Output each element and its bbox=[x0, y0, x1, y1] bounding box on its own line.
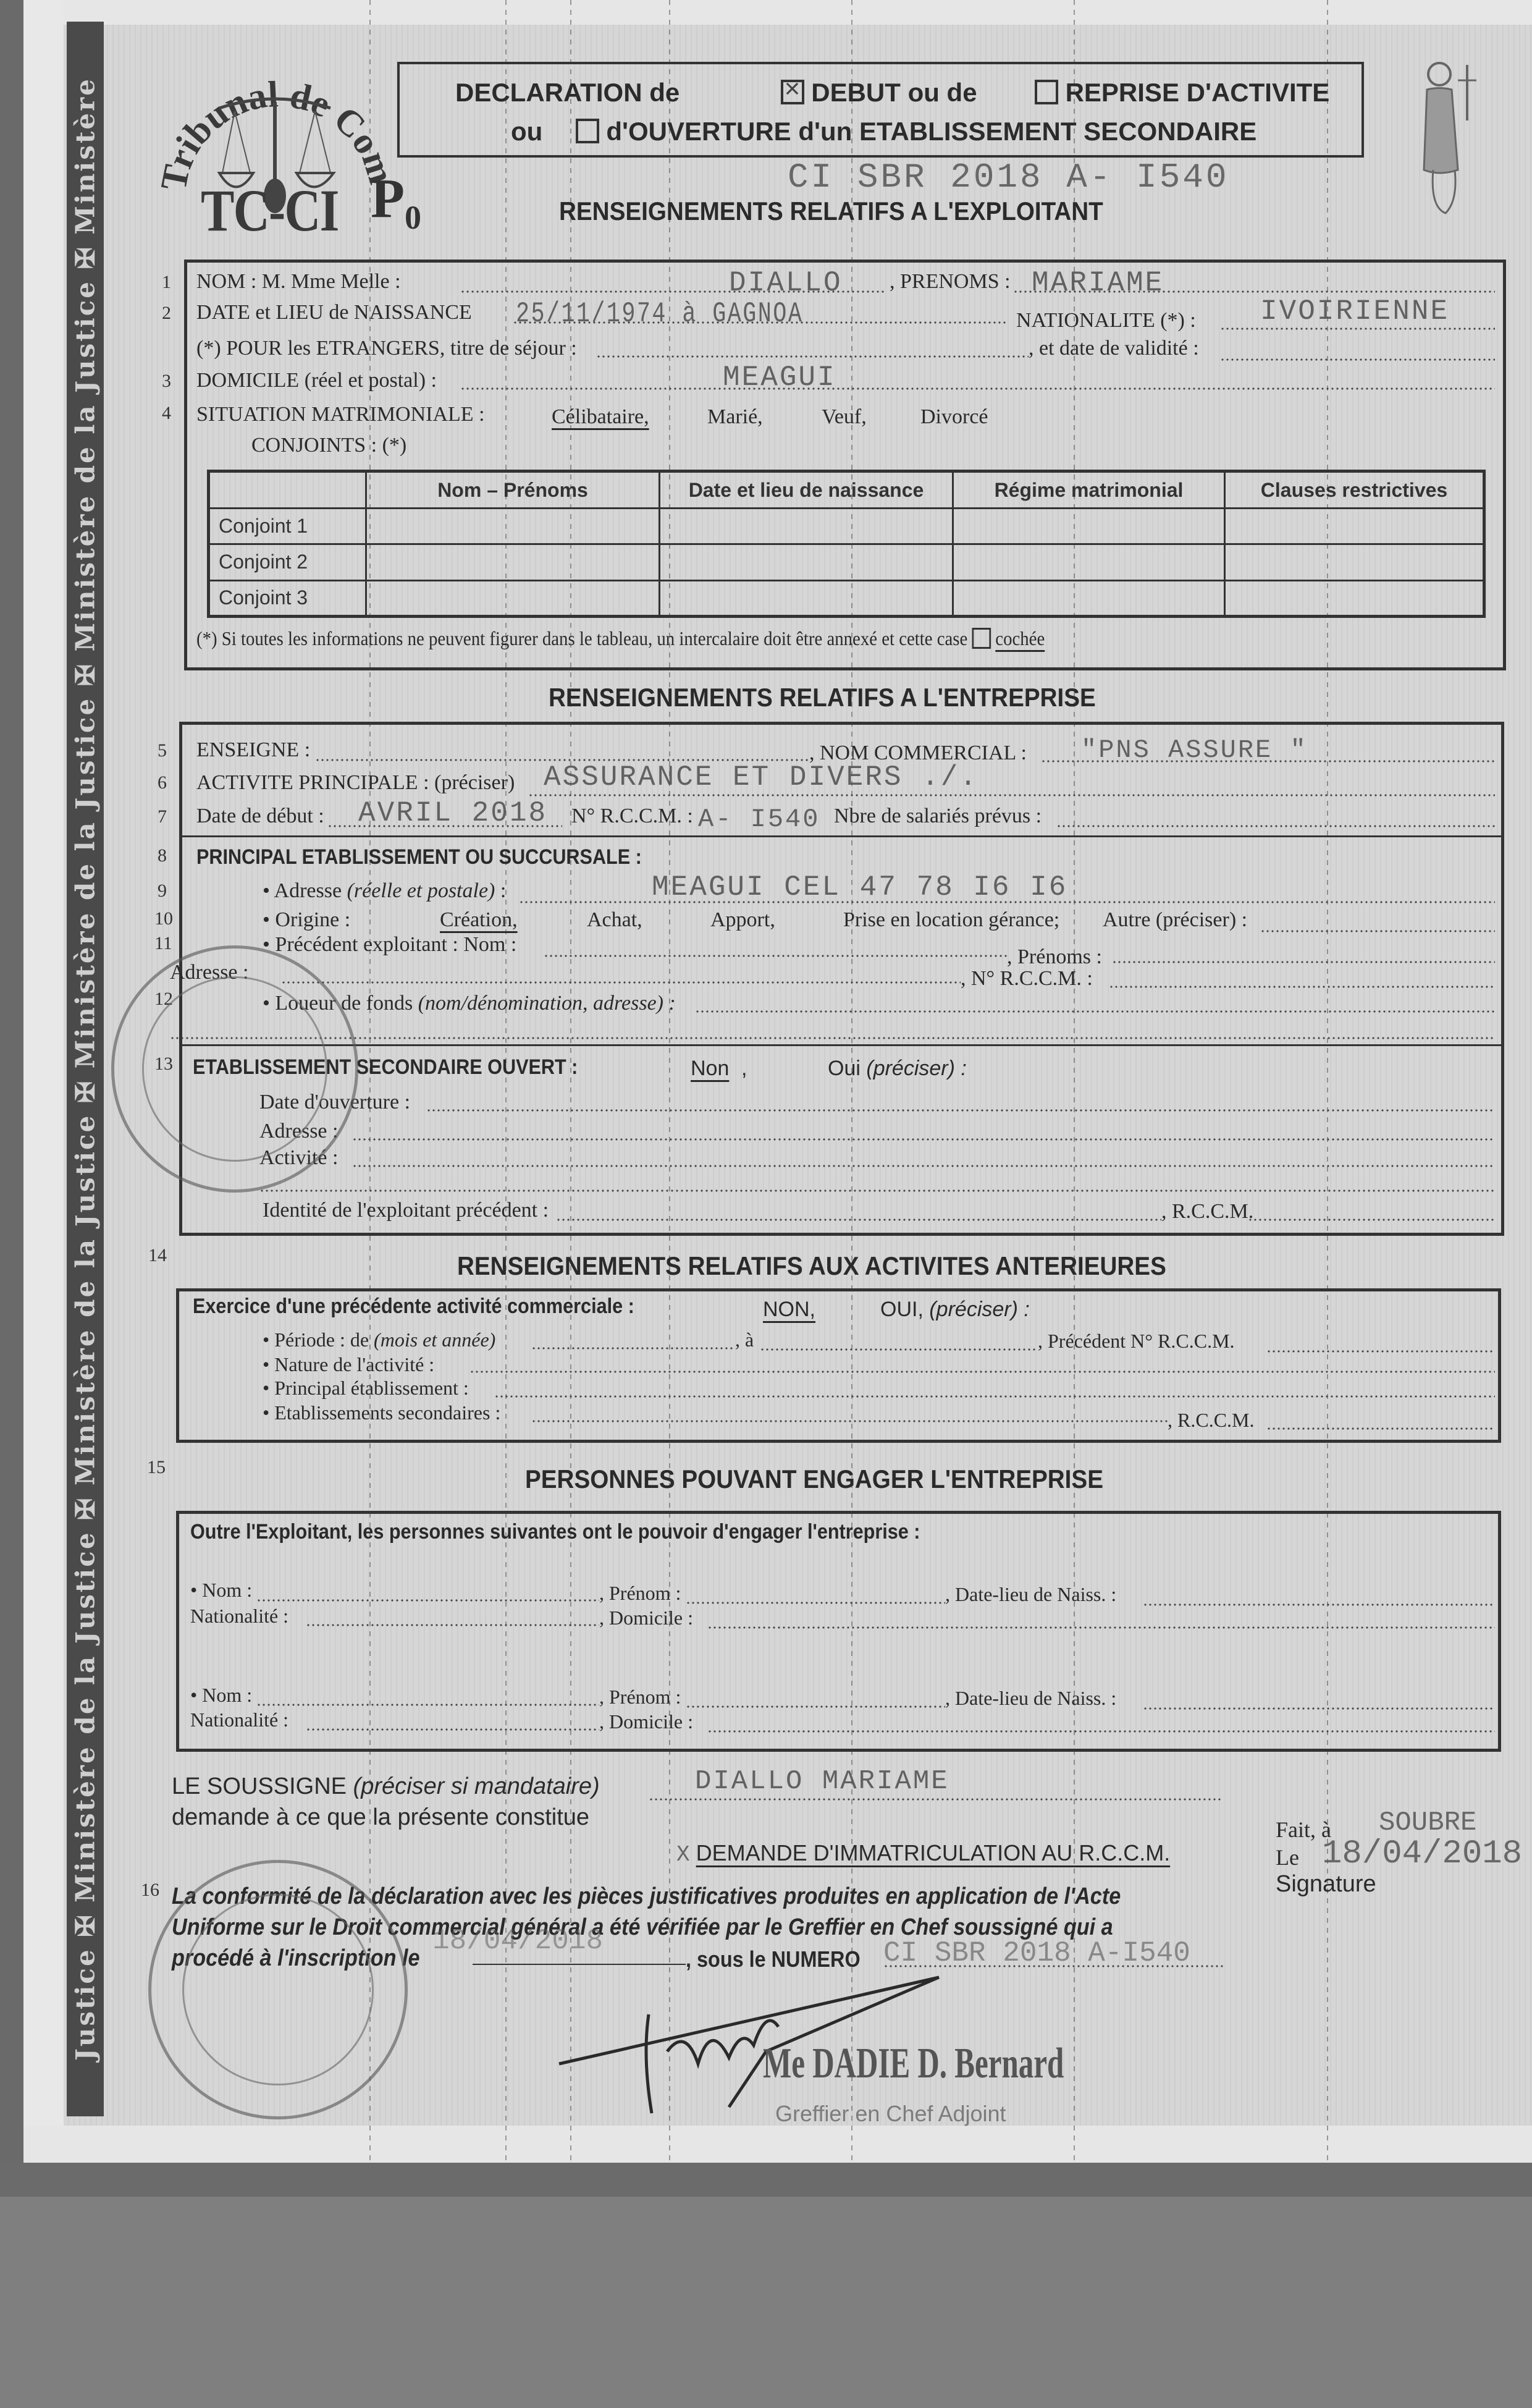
person-2-nom-field-dots[interactable] bbox=[256, 1704, 599, 1706]
loueur-field-dots-2[interactable] bbox=[170, 1037, 1495, 1039]
periode-label-text: • Période : de bbox=[263, 1329, 369, 1351]
divider bbox=[179, 1044, 1504, 1046]
naissance-label: DATE et LIEU de NAISSANCE bbox=[196, 301, 472, 324]
person-2-naiss-field-dots[interactable] bbox=[1143, 1707, 1495, 1710]
person-1-domicile-field-dots[interactable] bbox=[707, 1626, 1495, 1629]
inscription-date-field[interactable]: 18/04/2018 bbox=[432, 1925, 603, 1957]
adresse-label: • Adresse (réelle et postale) : bbox=[263, 879, 506, 903]
precedent-prenoms-label: , Prénoms : bbox=[1007, 945, 1102, 969]
line-number: 15 bbox=[147, 1457, 166, 1478]
section-title-personnes: PERSONNES POUVANT ENGAGER L'ENTREPRISE bbox=[525, 1464, 1103, 1494]
identite-label: Identité de l'exploitant précédent : bbox=[263, 1199, 549, 1222]
naissance-field[interactable]: 25/11/1974 à GAGNOA bbox=[516, 298, 803, 330]
nature-label: • Nature de l'activité : bbox=[263, 1353, 434, 1376]
line-number: 11 bbox=[154, 933, 172, 954]
soussigne-label-text: LE SOUSSIGNE bbox=[172, 1773, 347, 1799]
rccm-field[interactable]: A- I540 bbox=[698, 805, 820, 834]
precedent-rccm-label: , N° R.C.C.M. : bbox=[961, 967, 1093, 991]
periode-de-field-dots[interactable] bbox=[531, 1347, 735, 1350]
demande-label: demande à ce que la présente constitue bbox=[172, 1804, 589, 1831]
prenoms-field[interactable]: MARIAME bbox=[1032, 267, 1164, 299]
form-code-letter: P bbox=[371, 168, 405, 229]
person-2-nationalite-field-dots[interactable] bbox=[306, 1728, 599, 1731]
table-cell[interactable] bbox=[660, 580, 953, 616]
demande-mark: X bbox=[676, 1842, 690, 1867]
date-ouverture-field-dots[interactable] bbox=[426, 1109, 1495, 1112]
secondaires-label: • Etablissements secondaires : bbox=[263, 1401, 500, 1424]
exercice-option-non[interactable]: NON, bbox=[763, 1298, 815, 1322]
autre-field-dots[interactable] bbox=[1260, 930, 1495, 932]
person-2-prenom-label: , Prénom : bbox=[599, 1686, 681, 1709]
table-cell[interactable] bbox=[660, 544, 953, 580]
titre-sejour-field-dots[interactable] bbox=[596, 355, 1029, 358]
secondaires-field-dots[interactable] bbox=[531, 1420, 1168, 1422]
origine-label: • Origine : bbox=[263, 908, 350, 932]
person-1-prenom-label: , Prénom : bbox=[599, 1582, 681, 1605]
le-label: Le bbox=[1276, 1844, 1299, 1870]
secondaire-comma: , bbox=[741, 1057, 747, 1081]
origine-option-location-gerance[interactable]: Prise en location gérance; bbox=[843, 908, 1059, 932]
spouse-footnote: (*) Si toutes les informations ne peuven… bbox=[196, 627, 1045, 650]
reprise-checkbox[interactable] bbox=[1035, 80, 1058, 104]
periode-label: • Période : de (mois et année) bbox=[263, 1329, 495, 1351]
situation-option-marie[interactable]: Marié, bbox=[707, 405, 763, 429]
precedent-rccm-label: , Précédent N° R.C.C.M. bbox=[1038, 1330, 1235, 1353]
validite-field-dots[interactable] bbox=[1220, 358, 1495, 361]
table-row: Conjoint 3 bbox=[209, 580, 1484, 616]
secondaire-option-oui[interactable]: Oui (préciser) : bbox=[828, 1057, 967, 1081]
person-1-prenom-field-dots[interactable] bbox=[686, 1602, 945, 1604]
principal-field-dots[interactable] bbox=[494, 1395, 1495, 1398]
debut-label: DEBUT ou de bbox=[811, 78, 977, 107]
secondaire-oui-text: Oui bbox=[828, 1057, 861, 1080]
table-row: Conjoint 1 bbox=[209, 509, 1484, 544]
person-2-naiss-label: , Date-lieu de Naiss. : bbox=[945, 1687, 1116, 1710]
exercice-oui-text: OUI, bbox=[880, 1298, 924, 1321]
secondaire-activite-field-dots-2[interactable] bbox=[259, 1189, 1495, 1192]
origine-option-autre[interactable]: Autre (préciser) : bbox=[1103, 908, 1247, 932]
situation-option-celibataire[interactable]: Célibataire, bbox=[552, 405, 649, 429]
nationalite-field-dots bbox=[1220, 327, 1495, 330]
reference-stamp: CI SBR 2018 A- I540 bbox=[788, 158, 1229, 197]
declaration-row-2: ou d'OUVERTURE d'un ETABLISSEMENT SECOND… bbox=[511, 117, 1256, 146]
table-cell[interactable] bbox=[660, 509, 953, 544]
domicile-label: DOMICILE (réel et postal) : bbox=[196, 369, 437, 392]
demande-option[interactable]: X DEMANDE D'IMMATRICULATION AU R.C.C.M. bbox=[676, 1840, 1170, 1867]
footnote-text: (*) Si toutes les informations ne peuven… bbox=[196, 627, 967, 649]
declaration-type-box: DECLARATION de DEBUT ou de REPRISE D'ACT… bbox=[397, 62, 1364, 158]
column-header: Régime matrimonial bbox=[953, 471, 1225, 509]
precedent-adresse-field-dots[interactable] bbox=[281, 981, 961, 984]
periode-a-label: , à bbox=[735, 1329, 754, 1351]
ministry-side-band-text: Justice ✠ Ministère de la Justice ✠ Mini… bbox=[70, 77, 101, 2061]
line-number: 16 bbox=[141, 1880, 159, 1901]
principal-label: • Principal établissement : bbox=[263, 1377, 469, 1400]
situation-option-veuf[interactable]: Veuf, bbox=[822, 405, 867, 429]
demande-option-text: DEMANDE D'IMMATRICULATION AU R.C.C.M. bbox=[696, 1840, 1171, 1865]
person-1-nationalite-field-dots[interactable] bbox=[306, 1624, 599, 1626]
row-label: Conjoint 1 bbox=[209, 509, 366, 544]
nationalite-field[interactable]: IVOIRIENNE bbox=[1260, 295, 1449, 327]
secondaires-rccm-field-dots[interactable] bbox=[1266, 1427, 1495, 1430]
fait-lieu-field[interactable]: SOUBRE bbox=[1379, 1807, 1476, 1838]
identite-rccm-label: , R.C.C.M. bbox=[1161, 1200, 1253, 1223]
line-number: 1 bbox=[162, 272, 171, 293]
precedent-rccm-field-dots[interactable] bbox=[1266, 1350, 1495, 1353]
soussigne-label-italic: (préciser si mandataire) bbox=[353, 1773, 600, 1799]
person-2-domicile-field-dots[interactable] bbox=[707, 1730, 1495, 1733]
enseigne-label: ENSEIGNE : bbox=[196, 738, 310, 762]
table-cell[interactable] bbox=[1225, 509, 1484, 544]
date-field[interactable]: 18/04/2018 bbox=[1322, 1835, 1522, 1873]
soussigne-label: LE SOUSSIGNE (préciser si mandataire) bbox=[172, 1773, 600, 1800]
page-margin bbox=[23, 0, 64, 2163]
precedent-exploitant-label: • Précédent exploitant : Nom : bbox=[263, 933, 516, 957]
table-cell[interactable] bbox=[953, 509, 1225, 544]
situation-option-divorce[interactable]: Divorcé bbox=[920, 405, 988, 429]
line-number: 3 bbox=[162, 371, 171, 392]
person-1-nationalite-label: Nationalité : bbox=[190, 1605, 288, 1628]
spouse-table: Nom – Prénoms Date et lieu de naissance … bbox=[207, 470, 1486, 618]
date-debut-label: Date de début : bbox=[196, 805, 324, 828]
numero-field[interactable]: CI SBR 2018 A-I540 bbox=[883, 1937, 1190, 1969]
table-cell[interactable] bbox=[1225, 580, 1484, 616]
precedent-prenoms-field-dots[interactable] bbox=[1112, 961, 1495, 963]
form-code: P0 bbox=[371, 167, 421, 237]
nature-field-dots[interactable] bbox=[469, 1371, 1495, 1373]
activite-field[interactable]: ASSURANCE ET DIVERS ./. bbox=[544, 761, 979, 793]
column-header: Clauses restrictives bbox=[1225, 471, 1484, 509]
section-title-exploitant: RENSEIGNEMENTS RELATIFS A L'EXPLOITANT bbox=[559, 196, 1103, 226]
row-label: Conjoint 2 bbox=[209, 544, 366, 580]
table-cell[interactable] bbox=[366, 580, 660, 616]
divider bbox=[179, 835, 1504, 837]
adresse-field[interactable]: MEAGUI CEL 47 78 I6 I6 bbox=[652, 871, 1067, 903]
person-1-nom-field-dots[interactable] bbox=[256, 1599, 599, 1602]
table-row: Conjoint 2 bbox=[209, 544, 1484, 580]
person-1-naiss-field-dots[interactable] bbox=[1143, 1603, 1495, 1606]
situation-label: SITUATION MATRIMONIALE : bbox=[196, 403, 485, 426]
footnote-cochee: cochée bbox=[995, 627, 1045, 649]
table-cell[interactable] bbox=[366, 509, 660, 544]
personnes-intro: Outre l'Exploitant, les personnes suivan… bbox=[190, 1520, 920, 1544]
table-cell[interactable] bbox=[953, 580, 1225, 616]
court-seal-stamp-icon bbox=[111, 945, 358, 1193]
seal-inner-ring bbox=[142, 976, 327, 1162]
nationalite-label: NATIONALITE (*) : bbox=[1016, 309, 1196, 332]
soussigne-field[interactable]: DIALLO MARIAME bbox=[695, 1766, 949, 1797]
exercice-option-oui[interactable]: OUI, (préciser) : bbox=[880, 1298, 1030, 1322]
tribunal-code: TC-CI bbox=[201, 176, 339, 245]
activite-field-dots bbox=[528, 794, 1495, 796]
nom-field[interactable]: DIALLO bbox=[729, 267, 843, 299]
person-2-domicile-label: , Domicile : bbox=[599, 1710, 693, 1733]
line-number: 7 bbox=[158, 806, 167, 827]
seal-inner-ring bbox=[182, 1894, 374, 2085]
salaries-field-dots[interactable] bbox=[1056, 825, 1495, 827]
activite-label: ACTIVITE PRINCIPALE : (préciser) bbox=[196, 771, 515, 795]
validite-label: , et date de validité : bbox=[1029, 337, 1199, 360]
person-2-prenom-field-dots[interactable] bbox=[686, 1705, 945, 1708]
line-number: 8 bbox=[158, 845, 167, 866]
nom-label: NOM : M. Mme Melle : bbox=[196, 270, 401, 294]
greffier-title-stamp: Greffier en Chef Adjoint bbox=[775, 2101, 1006, 2127]
principal-etablissement-label: PRINCIPAL ETABLISSEMENT OU SUCCURSALE : bbox=[196, 845, 642, 869]
exercice-label: Exercice d'une précédente activité comme… bbox=[193, 1295, 634, 1319]
ouverture-checkbox[interactable] bbox=[576, 119, 599, 143]
line-number: 9 bbox=[158, 881, 167, 902]
person-2-nom-label: • Nom : bbox=[190, 1684, 252, 1707]
periode-a-field-dots[interactable] bbox=[760, 1348, 1038, 1351]
precedent-rccm-field-dots[interactable] bbox=[1109, 986, 1495, 988]
intercalaire-checkbox[interactable] bbox=[972, 628, 991, 649]
line-number: 5 bbox=[158, 740, 167, 761]
ouverture-label: d'OUVERTURE d'un ETABLISSEMENT SECONDAIR… bbox=[606, 117, 1256, 146]
salaries-label: Nbre de salariés prévus : bbox=[834, 805, 1042, 828]
table-cell[interactable] bbox=[953, 544, 1225, 580]
origine-option-creation[interactable]: Création, bbox=[440, 908, 518, 932]
column-header: Nom – Prénoms bbox=[366, 471, 660, 509]
declaration-row-1: DECLARATION de DEBUT ou de REPRISE D'ACT… bbox=[455, 78, 1329, 108]
ou-label: ou bbox=[511, 117, 542, 146]
loueur-label-italic: (nom/dénomination, adresse) : bbox=[418, 992, 676, 1015]
spouse-table-header: Nom – Prénoms Date et lieu de naissance … bbox=[209, 471, 1484, 509]
secondaire-activite-field-dots[interactable] bbox=[352, 1165, 1495, 1167]
precedent-nom-field-dots[interactable] bbox=[544, 955, 1007, 957]
personnes-box bbox=[176, 1511, 1501, 1752]
line-number: 10 bbox=[154, 908, 173, 929]
person-1-domicile-label: , Domicile : bbox=[599, 1607, 693, 1629]
origine-option-apport[interactable]: Apport, bbox=[710, 908, 775, 932]
greffier-name-stamp: Me DADIE D. Bernard bbox=[763, 2039, 1064, 2089]
soussigne-field-dots bbox=[649, 1798, 1223, 1801]
prenoms-label: , PRENOMS : bbox=[890, 270, 1011, 294]
line-number: 6 bbox=[158, 772, 167, 793]
section-title-anterieures: RENSEIGNEMENTS RELATIFS AUX ACTIVITES AN… bbox=[457, 1251, 1166, 1281]
section-title-entreprise: RENSEIGNEMENTS RELATIFS A L'ENTREPRISE bbox=[549, 683, 1096, 712]
column-header: Date et lieu de naissance bbox=[660, 471, 953, 509]
person-1-nom-label: • Nom : bbox=[190, 1579, 252, 1602]
date-debut-field[interactable]: AVRIL 2018 bbox=[358, 797, 547, 829]
column-header bbox=[209, 471, 366, 509]
line-number: 14 bbox=[148, 1245, 167, 1266]
secondaires-rccm-label: , R.C.C.M. bbox=[1168, 1409, 1254, 1432]
declaration-de-label: DECLARATION de bbox=[455, 78, 680, 107]
exercice-oui-italic: (préciser) : bbox=[929, 1298, 1029, 1321]
secondaire-adresse-field-dots[interactable] bbox=[352, 1138, 1495, 1141]
scan-dark-band bbox=[0, 2163, 1532, 2197]
inscription-date-line bbox=[473, 1964, 686, 1965]
scan-left-edge bbox=[0, 0, 23, 2163]
line-number: 2 bbox=[162, 303, 171, 324]
periode-label-italic: (mois et année) bbox=[374, 1329, 495, 1351]
adresse-label-italic: (réelle et postale) bbox=[347, 879, 495, 902]
page-top-edge bbox=[64, 0, 1532, 25]
person-2-nationalite-label: Nationalité : bbox=[190, 1709, 288, 1731]
identite-rccm-field-dots[interactable] bbox=[1248, 1219, 1495, 1221]
nom-commercial-field[interactable]: "PNS ASSURE " bbox=[1081, 735, 1308, 765]
conjoints-label: CONJOINTS : (*) bbox=[251, 434, 406, 457]
numero-label: , sous le NUMERO bbox=[686, 1946, 861, 1972]
row-label: Conjoint 3 bbox=[209, 580, 366, 616]
loueur-field-dots[interactable] bbox=[695, 1010, 1495, 1013]
etrangers-label: (*) POUR les ETRANGERS, titre de séjour … bbox=[196, 337, 577, 360]
person-1-naiss-label: , Date-lieu de Naiss. : bbox=[945, 1583, 1116, 1606]
secondaire-oui-italic: (préciser) : bbox=[866, 1057, 966, 1080]
signature-label: Signature bbox=[1276, 1871, 1376, 1898]
rccm-label: N° R.C.C.M. : bbox=[571, 805, 693, 828]
greffier-seal-stamp-icon bbox=[148, 1860, 408, 2119]
identite-field-dots[interactable] bbox=[556, 1219, 1161, 1221]
secondaire-option-non[interactable]: Non bbox=[691, 1057, 729, 1081]
table-cell[interactable] bbox=[366, 544, 660, 580]
reprise-label: REPRISE D'ACTIVITE bbox=[1066, 78, 1330, 107]
origine-option-achat[interactable]: Achat, bbox=[587, 908, 642, 932]
debut-checkbox[interactable] bbox=[781, 80, 804, 104]
form-code-subscript: 0 bbox=[405, 199, 421, 236]
adresse-label-text: • Adresse bbox=[263, 879, 342, 902]
table-cell[interactable] bbox=[1225, 544, 1484, 580]
domicile-field[interactable]: MEAGUI bbox=[723, 361, 836, 394]
line-number: 4 bbox=[162, 403, 171, 424]
lady-justice-icon bbox=[1402, 53, 1483, 219]
domicile-field-dots bbox=[460, 387, 1495, 390]
